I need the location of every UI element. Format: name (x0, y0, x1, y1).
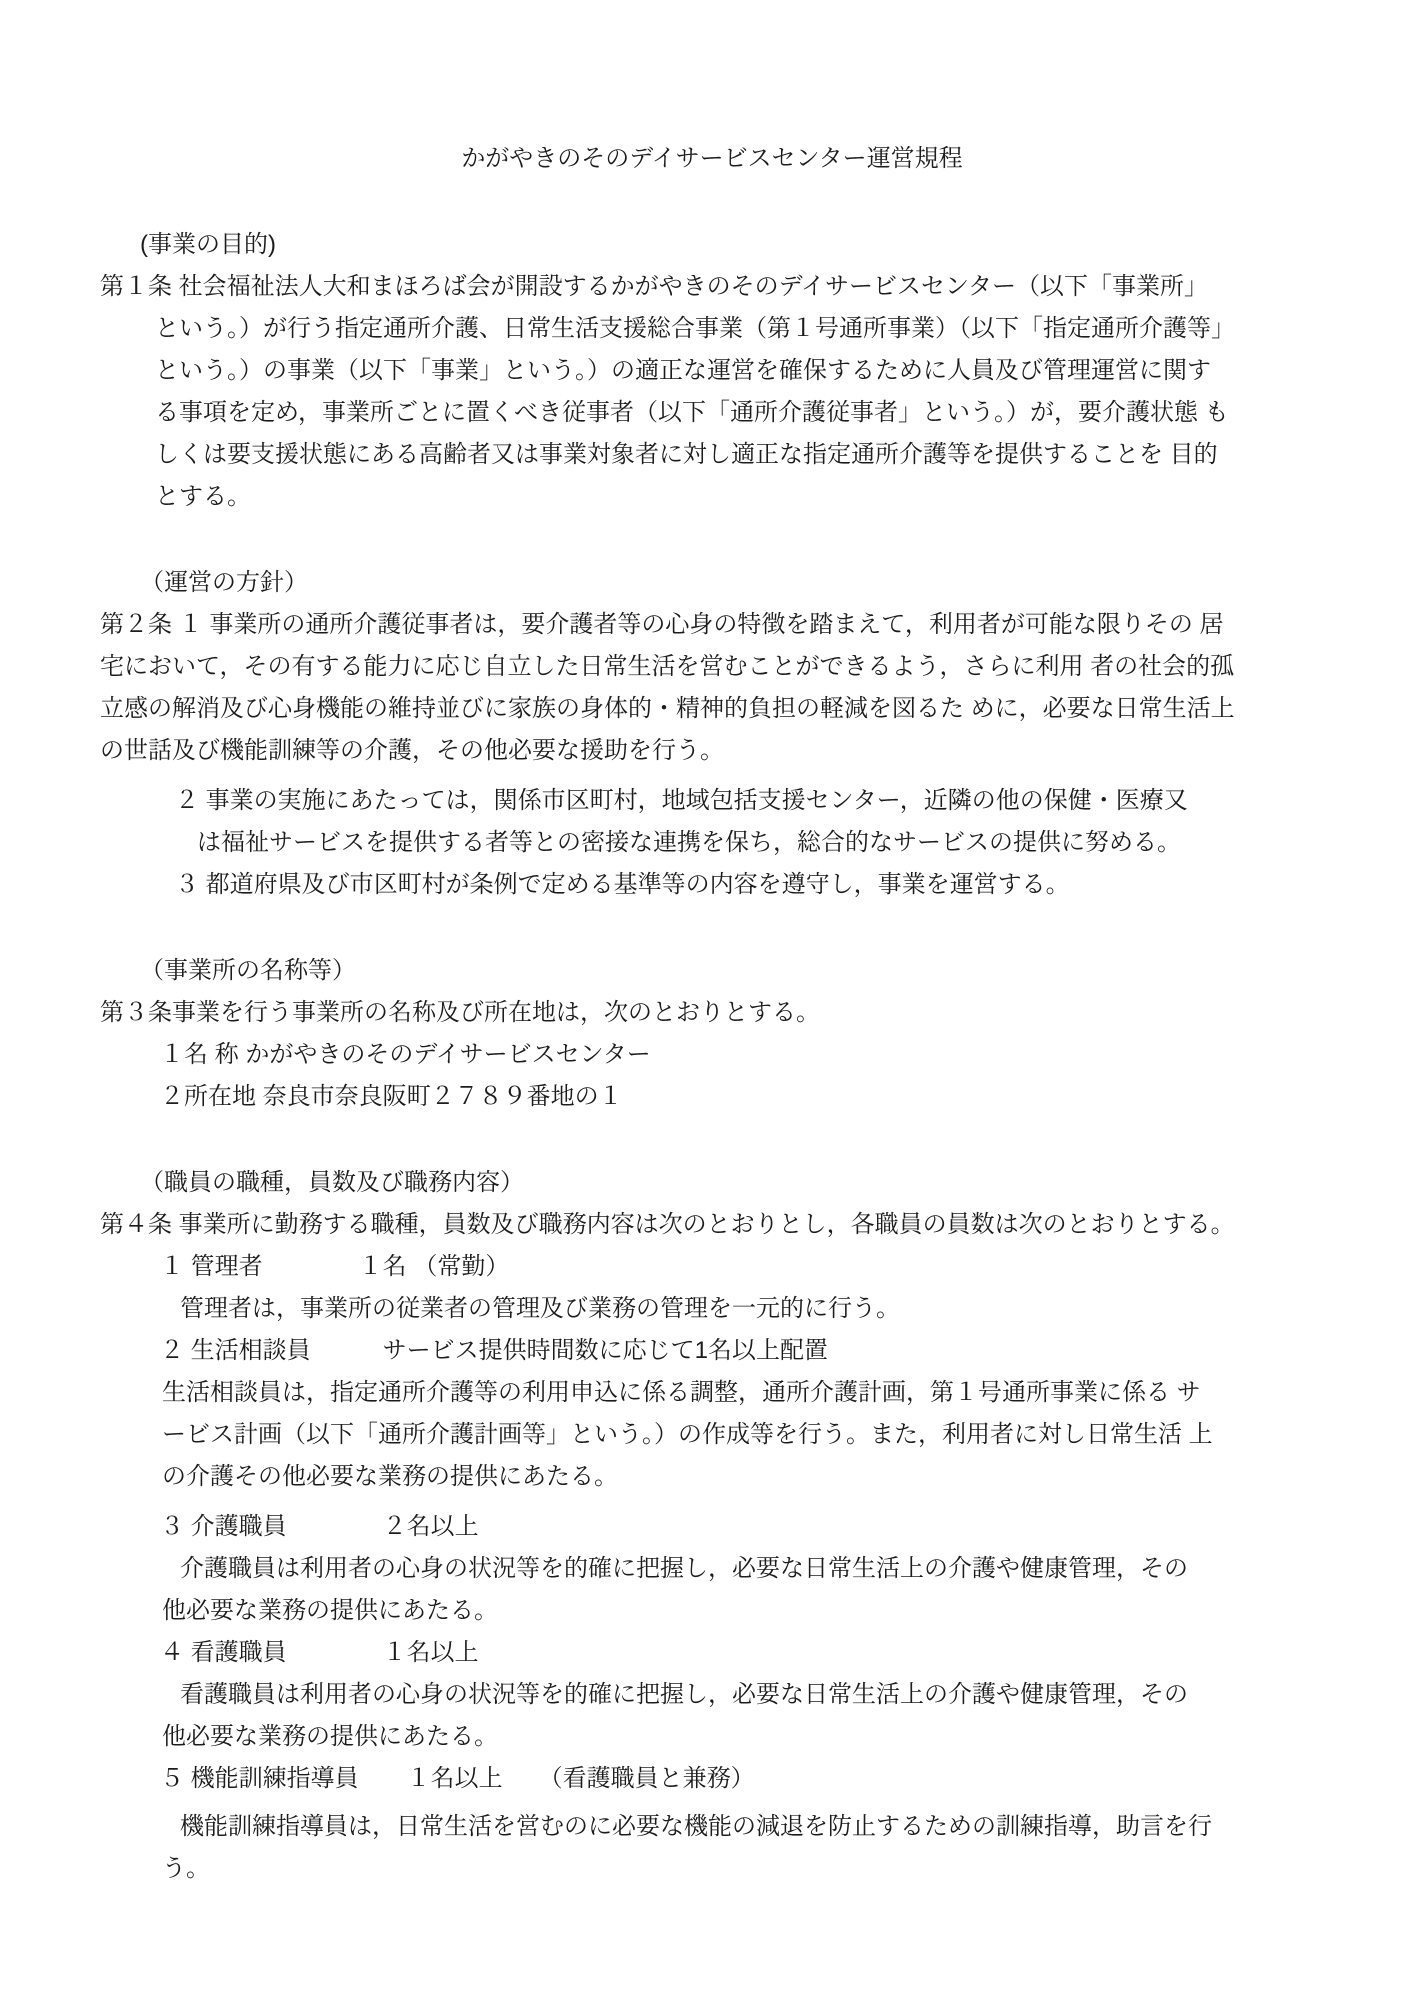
section-operating-policy: （運営の方針） 第２条 １ 事業所の通所介護従事者は，要介護者等の心身の特徴を踏… (100, 562, 1324, 906)
text-line: 機能訓練指導員は，日常生活を営むのに必要な機能の減退を防止するための訓練指導，助… (180, 1806, 1324, 1848)
text-line: 第２条 １ 事業所の通所介護従事者は，要介護者等の心身の特徴を踏まえて，利用者が… (100, 604, 1324, 646)
text-line: ５ 機能訓練指導員 １名以上 （看護職員と兼務） (160, 1758, 1324, 1800)
text-line: ２ 事業の実施にあたっては，関係市区町村，地域包括支援センター，近隣の他の保健・… (175, 780, 1324, 822)
text-line: ４ 看護職員 １名以上 (160, 1632, 1324, 1674)
text-line: ３ 都道府県及び市区町村が条例で定める基準等の内容を遵守し，事業を運営する。 (175, 864, 1324, 906)
text-line: 第１条 社会福祉法人大和まほろば会が開設するかがやきのそのデイサービスセンター（… (100, 266, 1324, 308)
text-line: 第３条事業を行う事業所の名称及び所在地は，次のとおりとする。 (100, 992, 1324, 1034)
section-heading: （事業所の名称等） (140, 950, 1324, 992)
text-line: る事項を定め，事業所ごとに置くべき従事者（以下「通所介護従事者」という。）が，要… (155, 392, 1324, 434)
text-line: １ 管理者 １名 （常勤） (160, 1246, 1324, 1288)
section-staff-roles: （職員の職種，員数及び職務内容） 第４条 事業所に勤務する職種，員数及び職務内容… (100, 1162, 1324, 1890)
text-line: 看護職員は利用者の心身の状況等を的確に把握し，必要な日常生活上の介護や健康管理，… (180, 1674, 1324, 1716)
text-line: 他必要な業務の提供にあたる。 (162, 1590, 1324, 1632)
text-line: 第４条 事業所に勤務する職種，員数及び職務内容は次のとおりとし，各職員の員数は次… (100, 1204, 1324, 1246)
document-title: かがやきのそのデイサービスセンター運営規程 (100, 138, 1324, 180)
section-business-purpose: (事業の目的) 第１条 社会福祉法人大和まほろば会が開設するかがやきのそのデイサ… (100, 224, 1324, 518)
text-line: 他必要な業務の提供にあたる。 (162, 1716, 1324, 1758)
section-heading: （職員の職種，員数及び職務内容） (140, 1162, 1324, 1204)
text-line: 生活相談員は，指定通所介護等の利用申込に係る調整，通所介護計画，第１号通所事業に… (162, 1372, 1324, 1414)
text-line: 宅において，その有する能力に応じ自立した日常生活を営むことができるよう，さらに利… (100, 646, 1324, 688)
text-line: は福祉サービスを提供する者等との密接な連携を保ち，総合的なサービスの提供に努める… (197, 822, 1324, 864)
text-line: 管理者は，事業所の従業者の管理及び業務の管理を一元的に行う。 (180, 1288, 1324, 1330)
text-line: ２ 生活相談員 サービス提供時間数に応じて1名以上配置 (160, 1330, 1324, 1372)
text-line: しくは要支援状態にある高齢者又は事業対象者に対し適正な指定通所介護等を提供するこ… (155, 434, 1324, 476)
text-line: とする。 (155, 476, 1324, 518)
section-office-name: （事業所の名称等） 第３条事業を行う事業所の名称及び所在地は，次のとおりとする。… (100, 950, 1324, 1118)
section-heading: （運営の方針） (140, 562, 1324, 604)
text-line: ３ 介護職員 ２名以上 (160, 1506, 1324, 1548)
text-line: の世話及び機能訓練等の介護，その他必要な援助を行う。 (100, 730, 1324, 772)
text-line: 介護職員は利用者の心身の状況等を的確に把握し，必要な日常生活上の介護や健康管理，… (180, 1548, 1324, 1590)
text-line: １名 称 かがやきのそのデイサービスセンター (160, 1034, 1324, 1076)
text-line: 立感の解消及び心身機能の維持並びに家族の身体的・精神的負担の軽減を図るた めに，… (100, 688, 1324, 730)
text-line: ２所在地 奈良市奈良阪町２７８９番地の１ (160, 1076, 1324, 1118)
text-line: という。）が行う指定通所介護、日常生活支援総合事業（第１号通所事業）（以下「指定… (155, 308, 1324, 350)
section-heading: (事業の目的) (140, 224, 1324, 266)
text-line: の介護その他必要な業務の提供にあたる。 (162, 1456, 1324, 1498)
text-line: という。）の事業（以下「事業」という。）の適正な運営を確保するために人員及び管理… (155, 350, 1324, 392)
text-line: う。 (162, 1848, 1324, 1890)
text-line: ービス計画（以下「通所介護計画等」という。）の作成等を行う。また，利用者に対し日… (162, 1414, 1324, 1456)
